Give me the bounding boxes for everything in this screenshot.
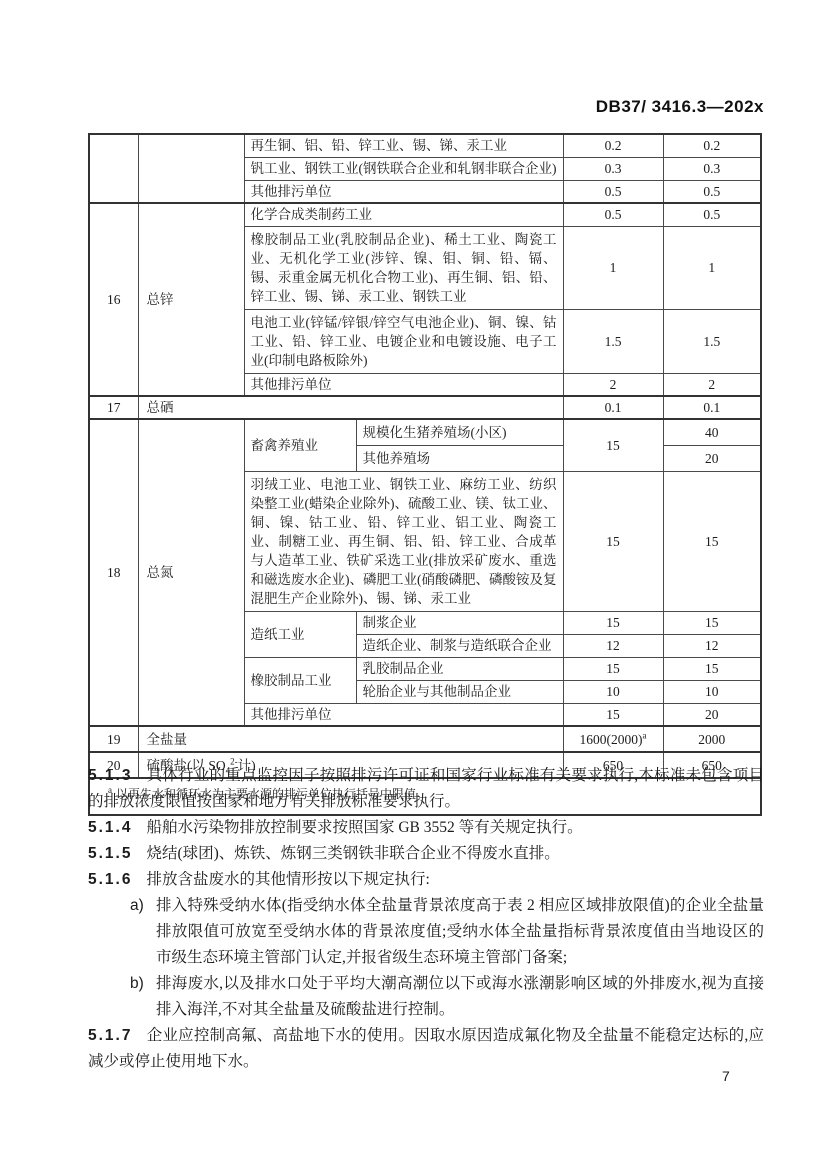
limit-value-cell: 2 <box>563 373 663 396</box>
pollutant-name-cell: 总硒 <box>138 396 563 419</box>
industry-sub-cell: 造纸企业、制浆与造纸联合企业 <box>356 634 563 657</box>
limit-value-cell: 20 <box>663 445 761 471</box>
table-row: 16 总锌 化学合成类制药工业 0.5 0.5 <box>89 203 761 226</box>
industry-sub-cell: 轮胎企业与其他制品企业 <box>356 680 563 703</box>
limit-value-cell: 1.5 <box>563 309 663 373</box>
limit-value-cell: 0.5 <box>663 203 761 226</box>
document-page: DB37/ 3416.3—202x 再生铜、铝、铅、锌工业、锡、锑、汞工业 0.… <box>0 0 826 1169</box>
emission-limits-table: 再生铜、铝、铅、锌工业、锡、锑、汞工业 0.2 0.2 钒工业、钢铁工业(钢铁联… <box>88 133 762 816</box>
industry-cell: 钒工业、钢铁工业(钢铁联合企业和轧钢非联合企业) <box>244 157 563 180</box>
industry-cell: 羽绒工业、电池工业、钢铁工业、麻纺工业、纺织染整工业(蜡染企业除外)、硫酸工业、… <box>244 471 563 611</box>
limit-value-cell: 0.5 <box>563 180 663 203</box>
industry-sub-cell: 乳胶制品企业 <box>356 657 563 680</box>
limit-value-cell: 15 <box>663 611 761 634</box>
section-text: 船舶水污染物排放控制要求按照国家 GB 3552 等有关规定执行。 <box>146 819 582 836</box>
industry-cell: 再生铜、铝、铅、锌工业、锡、锑、汞工业 <box>244 134 563 157</box>
list-marker: a) <box>130 893 156 971</box>
limit-value-cell: 15 <box>663 657 761 680</box>
limit-value-cell: 0.3 <box>663 157 761 180</box>
table-cell-empty <box>138 134 244 203</box>
limit-value-cell: 15 <box>563 419 663 471</box>
limit-value-cell: 10 <box>563 680 663 703</box>
limit-value-cell: 40 <box>663 419 761 445</box>
list-item-b: b) 排海废水,以及排水口处于平均大潮高潮位以下或海水涨潮影响区域的外排废水,视… <box>130 971 764 1023</box>
row-number-cell: 16 <box>89 203 138 396</box>
limit-value-cell: 1 <box>563 226 663 309</box>
section-5-1-6: 5.1.6排放含盐废水的其他情形按以下规定执行: <box>88 867 764 893</box>
section-text: 烧结(球团)、炼铁、炼钢三类钢铁非联合企业不得废水直排。 <box>146 845 559 862</box>
industry-cell: 其他排污单位 <box>244 703 563 726</box>
section-5-1-3: 5.1.3具体行业的重点监控因子按照排污许可证和国家行业标准有关要求执行,本标准… <box>88 763 764 815</box>
industry-group-cell: 造纸工业 <box>244 611 356 657</box>
body-text-block: 5.1.3具体行业的重点监控因子按照排污许可证和国家行业标准有关要求执行,本标准… <box>88 763 764 1075</box>
table-cell-empty <box>89 134 138 203</box>
standard-number-header: DB37/ 3416.3—202x <box>596 97 764 117</box>
limit-value-cell: 2000 <box>663 726 761 752</box>
industry-sub-cell: 制浆企业 <box>356 611 563 634</box>
industry-cell: 橡胶制品工业(乳胶制品企业)、稀土工业、陶瓷工业、无机化学工业(涉锌、镍、钼、铜… <box>244 226 563 309</box>
industry-group-cell: 橡胶制品工业 <box>244 657 356 703</box>
limit-value: 1600(2000) <box>580 732 643 747</box>
limit-value-cell: 1 <box>663 226 761 309</box>
section-text: 排放含盐废水的其他情形按以下规定执行: <box>146 871 429 888</box>
section-number: 5.1.5 <box>88 845 132 862</box>
limit-value-cell: 12 <box>563 634 663 657</box>
limit-value-cell: 15 <box>563 657 663 680</box>
limit-value-cell: 0.1 <box>563 396 663 419</box>
limit-value-cell: 15 <box>663 471 761 611</box>
limit-value-cell: 1600(2000)a <box>563 726 663 752</box>
limit-value-cell: 15 <box>563 471 663 611</box>
limit-value-cell: 15 <box>563 703 663 726</box>
section-text: 具体行业的重点监控因子按照排污许可证和国家行业标准有关要求执行,本标准未包含项目… <box>88 767 764 810</box>
table-row: 19 全盐量 1600(2000)a 2000 <box>89 726 761 752</box>
row-number-cell: 18 <box>89 419 138 726</box>
industry-cell: 其他排污单位 <box>244 180 563 203</box>
list-item-a: a) 排入特殊受纳水体(指受纳水体全盐量背景浓度高于表 2 相应区域排放限值)的… <box>130 893 764 971</box>
section-number: 5.1.6 <box>88 871 132 888</box>
industry-sub-cell: 规模化生猪养殖场(小区) <box>356 419 563 445</box>
industry-cell: 化学合成类制药工业 <box>244 203 563 226</box>
industry-cell: 其他排污单位 <box>244 373 563 396</box>
industry-group-cell: 畜禽养殖业 <box>244 419 356 471</box>
limit-value-cell: 0.3 <box>563 157 663 180</box>
limit-value-cell: 12 <box>663 634 761 657</box>
limit-value-cell: 20 <box>663 703 761 726</box>
limit-value-cell: 10 <box>663 680 761 703</box>
section-text: 企业应控制高氟、高盐地下水的使用。因取水原因造成氟化物及全盐量不能稳定达标的,应… <box>88 1027 764 1070</box>
list-item-text: 排海废水,以及排水口处于平均大潮高潮位以下或海水涨潮影响区域的外排废水,视为直接… <box>156 971 764 1023</box>
industry-sub-cell: 其他养殖场 <box>356 445 563 471</box>
row-number-cell: 19 <box>89 726 138 752</box>
section-5-1-7: 5.1.7企业应控制高氟、高盐地下水的使用。因取水原因造成氟化物及全盐量不能稳定… <box>88 1023 764 1075</box>
section-5-1-4: 5.1.4船舶水污染物排放控制要求按照国家 GB 3552 等有关规定执行。 <box>88 815 764 841</box>
table-row: 18 总氮 畜禽养殖业 规模化生猪养殖场(小区) 15 40 <box>89 419 761 445</box>
page-number: 7 <box>722 1068 730 1084</box>
pollutant-name-cell: 总锌 <box>138 203 244 396</box>
footnote-ref-superscript: a <box>643 730 647 740</box>
table-row: 再生铜、铝、铅、锌工业、锡、锑、汞工业 0.2 0.2 <box>89 134 761 157</box>
limit-value-cell: 0.2 <box>563 134 663 157</box>
limit-value-cell: 0.5 <box>563 203 663 226</box>
limit-value-cell: 0.2 <box>663 134 761 157</box>
industry-cell: 电池工业(锌锰/锌银/锌空气电池企业)、铜、镍、钴工业、铅、锌工业、电镀企业和电… <box>244 309 563 373</box>
limit-value-cell: 0.5 <box>663 180 761 203</box>
list-item-text: 排入特殊受纳水体(指受纳水体全盐量背景浓度高于表 2 相应区域排放限值)的企业全… <box>156 893 764 971</box>
limit-value-cell: 15 <box>563 611 663 634</box>
limit-value-cell: 1.5 <box>663 309 761 373</box>
section-5-1-5: 5.1.5烧结(球团)、炼铁、炼钢三类钢铁非联合企业不得废水直排。 <box>88 841 764 867</box>
section-number: 5.1.7 <box>88 1027 132 1044</box>
row-number-cell: 17 <box>89 396 138 419</box>
section-number: 5.1.4 <box>88 819 132 836</box>
pollutant-name-cell: 总氮 <box>138 419 244 726</box>
list-marker: b) <box>130 971 156 1023</box>
pollutant-name-cell: 全盐量 <box>138 726 563 752</box>
table-row: 17 总硒 0.1 0.1 <box>89 396 761 419</box>
section-number: 5.1.3 <box>88 767 132 784</box>
limit-value-cell: 2 <box>663 373 761 396</box>
limit-value-cell: 0.1 <box>663 396 761 419</box>
